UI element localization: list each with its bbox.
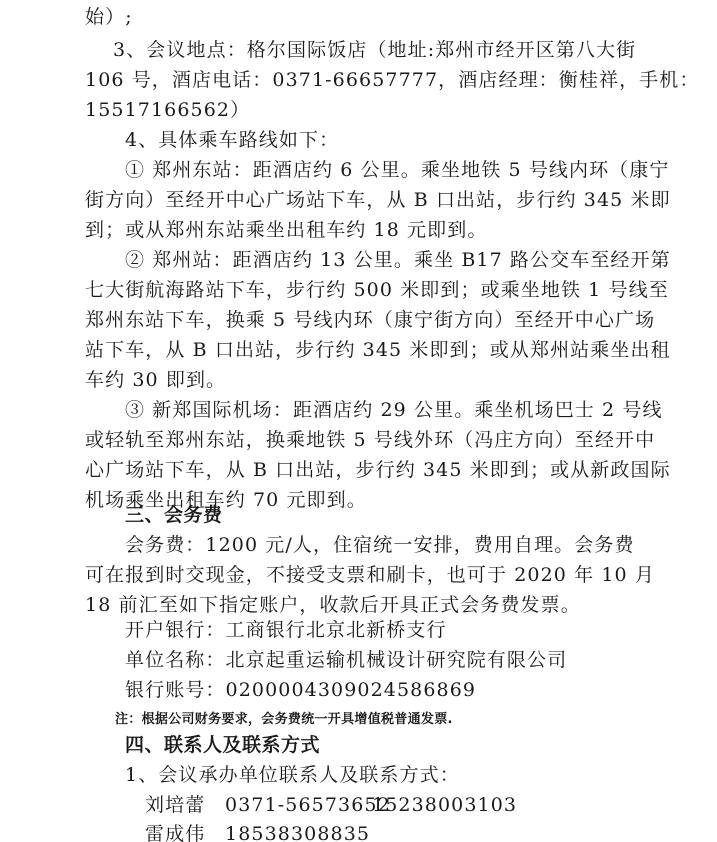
venue-line-2: 106 号，酒店电话：0371-66657777，酒店经理：衡桂祥，手机： xyxy=(85,68,633,92)
bank-account: 银行账号：0200004309024586869 xyxy=(125,678,476,702)
fee-line-3: 18 前汇至如下指定账户，收款后开具正式会务费发票。 xyxy=(85,593,581,617)
section-3-heading: 三、会务费 xyxy=(125,503,223,527)
route-2-line-2: 七大街航海路站下车，步行约 500 米即到；或乘坐地铁 1 号线至 xyxy=(85,278,633,302)
bank-name: 开户银行：工商银行北京北新桥支行 xyxy=(125,618,447,642)
venue-line-1: 3、会议地点：格尔国际饭店（地址:郑州市经开区第八大街 xyxy=(113,38,633,62)
invoice-note: 注：根据公司财务要求，会务费统一开具增值税普通发票. xyxy=(115,708,453,732)
contact-subheading: 1、会议承办单位联系人及联系方式： xyxy=(125,763,460,787)
fee-line-2: 可在报到时交现金，不接受支票和刷卡，也可于 2020 年 10 月 xyxy=(85,563,633,587)
contact-phone: 0371-56573652 xyxy=(225,793,391,817)
route-3-line-1: ③ 新郑国际机场：距酒店约 29 公里。乘坐机场巴士 2 号线 xyxy=(125,398,633,422)
route-1-line-1: ① 郑州东站：距酒店约 6 公里。乘坐地铁 5 号线内环（康宁 xyxy=(125,158,633,182)
contact-name: 雷成伟 xyxy=(145,822,205,842)
route-2-line-1: ② 郑州站：距酒店约 13 公里。乘坐 B17 路公交车至经开第 xyxy=(125,248,633,272)
route-2-line-4: 站下车，从 B 口出站，步行约 345 米即到；或从郑州站乘坐出租 xyxy=(85,338,633,362)
contact-name: 刘培蕾 xyxy=(145,793,205,817)
route-2-line-3: 郑州东站下车，换乘 5 号线内环（康宁街方向）至经开中心广场 xyxy=(85,308,633,332)
fee-line-1: 会务费：1200 元/人，住宿统一安排，费用自理。会务费 xyxy=(125,533,633,557)
section-4-heading: 四、联系人及联系方式 xyxy=(125,733,320,757)
route-3-line-3: 心广场站下车，从 B 口出站，步行约 345 米即到；或从新政国际 xyxy=(85,458,633,482)
route-3-line-2: 或轻轨至郑州东站，换乘地铁 5 号线外环（冯庄方向）至经开中 xyxy=(85,428,633,452)
route-1-line-2: 街方向）至经开中心广场站下车，从 B 口出站，步行约 345 米即 xyxy=(85,188,633,212)
contact-phone: 18538308835 xyxy=(225,822,370,842)
contact-mobile: 15238003103 xyxy=(372,793,517,817)
company-name: 单位名称：北京起重运输机械设计研究院有限公司 xyxy=(125,648,567,672)
venue-line-3: 15517166562） xyxy=(85,98,250,122)
route-1-line-3: 到；或从郑州东站乘坐出租车约 18 元即到。 xyxy=(85,218,487,242)
route-2-line-5: 车约 30 即到。 xyxy=(85,368,226,392)
fragment-start: 始）; xyxy=(85,5,133,29)
routes-heading: 4、具体乘车路线如下： xyxy=(125,128,339,152)
